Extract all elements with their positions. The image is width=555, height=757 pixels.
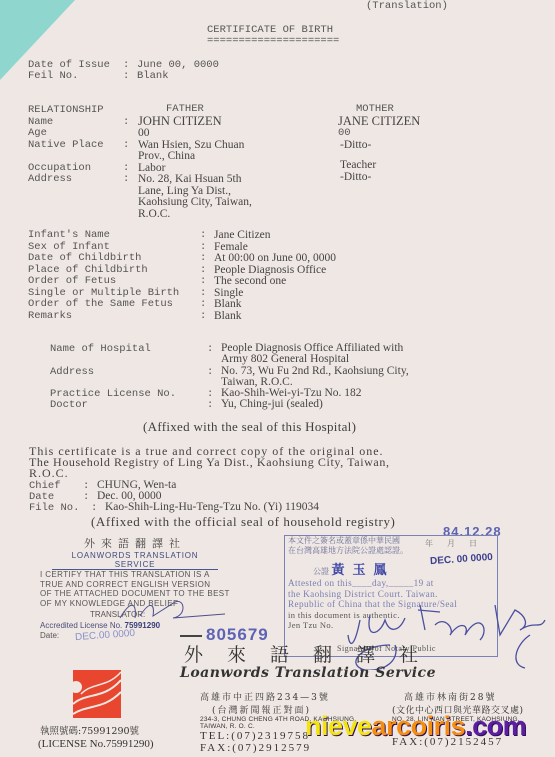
office1-cn-address: 高雄市中正四路234—3號 — [200, 690, 356, 703]
mother-age: 00 — [338, 128, 351, 140]
infant-row-value: Blank — [214, 299, 241, 311]
feil-no-row: Feil No.:Blank — [28, 71, 169, 83]
translator-date-label: Date: — [40, 631, 59, 640]
infant-row-value: The second one — [214, 276, 286, 288]
office2-cn-address: 高雄市林南街28號 — [392, 690, 524, 703]
colon: : — [207, 367, 213, 379]
hospital-name-label: Name of Hospital — [50, 344, 151, 356]
infant-row-value: At 00:00 on June 00, 0000 — [214, 253, 336, 265]
translation-note: (Translation) — [366, 1, 448, 13]
birth-certificate-page: (Translation) CERTIFICATE OF BIRTH =====… — [0, 0, 555, 757]
footer-license-cn: 執照號碼:75991290號 — [40, 723, 139, 737]
infant-row-label: Infant's Name — [28, 230, 200, 242]
mother-name: JANE CITIZEN — [338, 116, 420, 128]
infant-row-value: Jane Citizen — [214, 230, 271, 242]
relationship-label: RELATIONSHIP — [28, 105, 104, 117]
registry-statement-line2: The Household Registry of Ling Ya Dist.,… — [29, 457, 390, 469]
hospital-seal-note: (Affixed with the seal of this Hospital) — [143, 419, 356, 435]
father-native-place-line2: Prov., China — [138, 151, 195, 163]
feil-no-label: Feil No. — [28, 71, 123, 83]
father-address-line3: Kaohsiung City, Taiwan, — [138, 197, 252, 209]
footer-chinese-name: 外來語翻譯社 — [184, 640, 442, 667]
file-no-value: Kao-Shih-Ling-Hu-Teng-Tzu No. (Yi) 11903… — [105, 501, 319, 513]
serial-dash — [180, 635, 202, 637]
translator-signature — [115, 596, 235, 626]
colon: : — [123, 117, 129, 129]
mother-native-place: -Ditto- — [340, 140, 371, 152]
father-name: JOHN CITIZEN — [138, 116, 222, 128]
title-underline: ===================== — [207, 36, 339, 48]
mother-address: -Ditto- — [340, 172, 371, 184]
mother-occupation: Teacher — [340, 160, 376, 172]
watermark-logo: nievearcoiris.com — [305, 711, 526, 742]
father-address: No. 28, Kai Hsuan 5th — [138, 174, 242, 186]
infant-row: Infant's Name:Jane Citizen — [28, 230, 336, 242]
colon: : — [207, 344, 213, 356]
infant-row-value: Blank — [214, 311, 241, 323]
colon: : — [123, 174, 129, 186]
infant-row-label: Date of Childbirth — [28, 253, 200, 265]
watermark-part1: nieve — [305, 711, 372, 741]
hospital-name-value-line2: Army 802 General Hospital — [221, 354, 349, 366]
footer-license-en: (LICENSE No.75991290) — [38, 738, 154, 750]
notary-cn-name: 黃玉鳳 — [332, 563, 395, 578]
notary-en-line: Attested on this____day,_____19 at — [285, 578, 497, 589]
file-no-row: File No.:Kao-Shih-Ling-Hu-Teng-Tzu No. (… — [29, 502, 319, 515]
loanwords-logo-icon — [73, 670, 121, 718]
doctor-value: Yu, Ching-jui (sealed) — [221, 399, 323, 411]
infant-row: Order of Fetus:The second one — [28, 276, 336, 288]
doctor-label: Doctor — [50, 400, 88, 412]
parent-label-age: Age — [28, 128, 47, 140]
parent-label-native-place: Native Place — [28, 140, 104, 152]
infant-row: Remarks:Blank — [28, 311, 336, 323]
watermark-part3: .com — [465, 711, 526, 741]
watermark-part2: arcoiris — [372, 711, 466, 741]
infant-row: Date of Childbirth:At 00:00 on June 00, … — [28, 253, 336, 265]
father-age: 00 — [138, 128, 150, 140]
cert-line: TRUE AND CORRECT ENGLISH VERSION — [40, 580, 230, 590]
infant-row-label: Remarks — [28, 311, 200, 323]
registry-statement-line3: R.O.C. — [29, 468, 69, 480]
notary-cn-label: 公證 — [313, 567, 329, 576]
infant-row-label: Order of Fetus — [28, 276, 200, 288]
parent-label-address: Address — [28, 174, 72, 186]
notary-ymd: 年月日 — [425, 538, 491, 549]
footer-english-name: Loanwords Translation Service — [180, 665, 436, 681]
translator-chinese-name: 外來語翻譯社 — [40, 535, 230, 551]
translator-heading: LOANWORDS TRANSLATION SERVICE — [52, 551, 218, 570]
registry-seal-note: (Affixed with the official seal of house… — [91, 514, 396, 530]
colon: : — [207, 400, 213, 412]
infant-section: Infant's Name:Jane Citizen Sex of Infant… — [28, 230, 336, 322]
feil-no-value: Blank — [137, 70, 169, 82]
office1-fax: FAX:(07)2912579 — [200, 742, 356, 754]
infant-row: Order of the Same Fetus:Blank — [28, 299, 336, 311]
hospital-address-label: Address — [50, 367, 94, 379]
cert-line: I CERTIFY THAT THIS TRANSLATION IS A — [40, 570, 230, 580]
file-no-label: File No. — [29, 503, 91, 515]
colon: : — [123, 140, 129, 152]
father-address-line4: R.O.C. — [138, 209, 170, 221]
infant-row-label: Order of the Same Fetus — [28, 299, 200, 311]
translator-date-stamp: DEC.00 0000 — [75, 628, 136, 643]
